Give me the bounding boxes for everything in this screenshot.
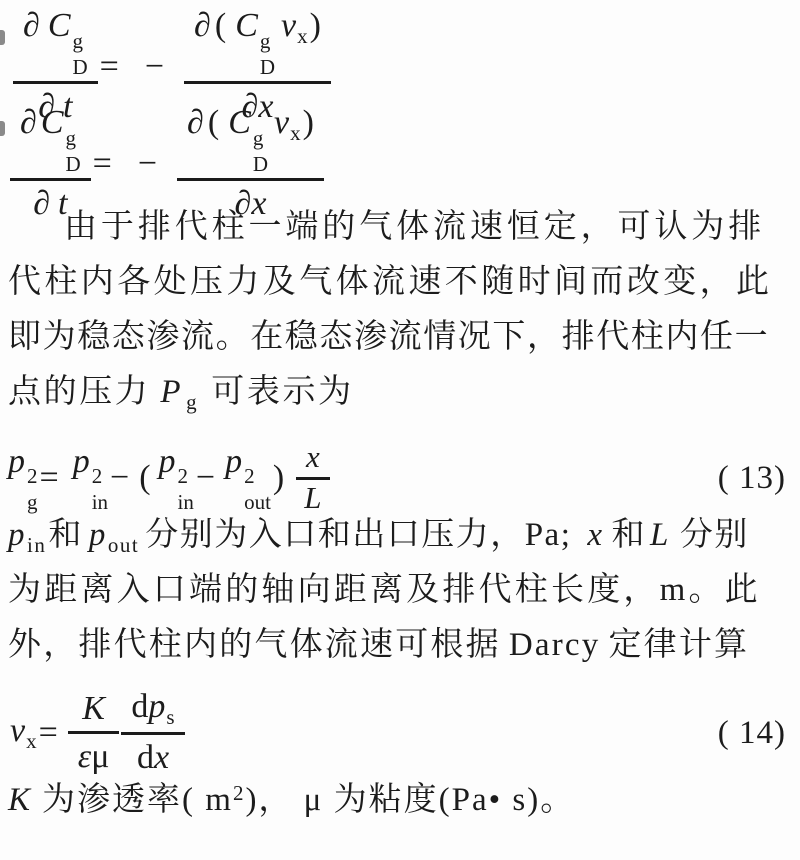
minus-sign: −: [138, 145, 157, 183]
subscript-D: D: [73, 57, 88, 78]
minus-sign: −: [145, 48, 164, 86]
sup-sub-stack: gD: [73, 31, 88, 78]
paragraph3-line1: K为渗透率( m2)， μ 为粘度(Pa• s)。: [8, 779, 794, 822]
paragraph2-line2: 为距离入口端的轴向距离及排代柱长度，m。此: [8, 569, 794, 612]
fraction-denominator: L: [296, 480, 329, 518]
term-vx: vx: [10, 712, 37, 754]
term-pin2: p2in: [73, 443, 108, 514]
fraction-numerator: ∂(CgDvx): [184, 5, 331, 81]
equals-sign: =: [100, 48, 119, 86]
subscript-in: in: [27, 533, 46, 557]
sup-sub-stack: 2in: [92, 466, 108, 513]
paragraph1-line3: 即为稳态渗流。在稳态渗流情况下，排代柱内任一: [8, 316, 794, 359]
superscript-2: 2: [233, 781, 246, 805]
paragraph2-line3: 外，排代柱内的气体流速可根据Darcy定律计算: [8, 624, 794, 667]
subscript-in: in: [178, 492, 194, 513]
close-paren: ): [310, 7, 321, 44]
var-C: C: [228, 104, 251, 141]
subscript-out: out: [244, 492, 271, 513]
superscript-g: g: [66, 128, 77, 149]
var-K: K: [8, 782, 32, 818]
subscript-D: D: [66, 154, 81, 175]
subscript-g: g: [27, 492, 38, 513]
fraction-numerator: ∂CgD: [13, 5, 98, 81]
var-v: v: [274, 104, 289, 141]
equals-sign: =: [40, 459, 59, 497]
superscript-2: 2: [92, 466, 103, 487]
sup-sub-stack: 2g: [27, 466, 38, 513]
equals-sign: =: [39, 714, 58, 752]
subscript-x: x: [290, 121, 301, 145]
var-K: K: [82, 690, 105, 727]
text-run: )， μ 为粘度(Pa• s)。: [245, 782, 575, 818]
subscript-x: x: [297, 24, 308, 48]
subscript-in: in: [92, 492, 108, 513]
equation-13-number: ( 13): [718, 460, 786, 497]
var-P: P: [160, 374, 183, 410]
var-L: L: [304, 480, 321, 515]
equals-sign: =: [93, 145, 112, 183]
paragraph1-line1: 由于排代柱一端的气体流速恒定，可认为排: [8, 206, 794, 249]
term-pout2: p2out: [225, 443, 271, 514]
cropped-glyph-fragment: [0, 30, 5, 45]
superscript-g: g: [73, 31, 84, 52]
equation-13: p2g = p2in − ( p2in − p2out ) x L ( 13): [8, 439, 786, 517]
var-p: p: [8, 517, 26, 553]
text-run: 定律计算: [608, 627, 749, 663]
var-L: L: [650, 517, 670, 553]
var-p: p: [148, 688, 165, 725]
fraction-numerator: ∂CgD: [10, 102, 91, 178]
word-darcy: Darcy: [509, 627, 601, 663]
sup-sub-stack: gD: [66, 128, 81, 175]
var-x: x: [154, 739, 169, 776]
mu-symbol: μ: [91, 738, 109, 775]
var-p: p: [8, 443, 25, 480]
sup-sub-stack: gD: [260, 31, 275, 78]
paragraph2-line1: pin和pout分别为入口和出口压力，Pa;x和L分别: [8, 514, 794, 559]
sup-sub-stack: 2out: [244, 466, 271, 513]
subscript-g: g: [186, 390, 199, 414]
var-C: C: [41, 104, 64, 141]
subscript-s: s: [166, 705, 174, 729]
var-p: p: [159, 443, 176, 480]
open-paren: (: [215, 7, 226, 44]
text-run: 分别: [680, 517, 749, 553]
equation-14: vx = K εμ dps dx ( 14): [10, 686, 786, 780]
close-paren: ): [303, 104, 314, 141]
superscript-2: 2: [178, 466, 189, 487]
text-run: 和: [48, 517, 83, 553]
var-p: p: [89, 517, 107, 553]
paragraph1-line4: 点的压力Pg可表示为: [8, 371, 794, 416]
paragraph1-line2: 代柱内各处压力及气体流速不随时间而改变，此: [8, 261, 794, 304]
text-run: 分别为入口和出口压力，Pa;: [145, 517, 571, 553]
text-run: 可表示为: [211, 374, 353, 410]
fraction-x-over-L: x L: [296, 439, 329, 517]
subscript-D: D: [260, 57, 275, 78]
superscript-2: 2: [244, 466, 255, 487]
fraction-numerator: x: [298, 439, 328, 477]
close-paren: ): [273, 459, 284, 497]
subscript-D: D: [253, 154, 268, 175]
sup-sub-stack: gD: [253, 128, 268, 175]
fraction-K-over-epsmu: K εμ: [68, 688, 120, 779]
var-p: p: [73, 443, 90, 480]
text-run: 点的压力: [8, 374, 150, 410]
superscript-2: 2: [27, 466, 38, 487]
fraction-dps-over-dx: dps dx: [121, 686, 184, 780]
open-paren: (: [208, 104, 219, 141]
differential-d: d: [131, 688, 148, 725]
text-run: 外，排代柱内的气体流速可根据: [8, 627, 501, 663]
epsilon-symbol: ε: [78, 738, 91, 775]
partial-symbol: ∂: [20, 104, 37, 141]
superscript-g: g: [253, 128, 264, 149]
partial-symbol: ∂: [23, 7, 40, 44]
minus-sign: −: [110, 459, 129, 497]
fraction-numerator: ∂(CgDvx): [177, 102, 324, 178]
partial-symbol: ∂: [187, 104, 204, 141]
partial-symbol: ∂: [194, 7, 211, 44]
minus-sign: −: [196, 459, 215, 497]
var-v: v: [10, 712, 25, 749]
fraction-denominator: εμ: [68, 734, 120, 779]
equation-14-number: ( 14): [718, 715, 786, 752]
open-paren: (: [139, 459, 150, 497]
superscript-g: g: [260, 31, 271, 52]
var-C: C: [235, 7, 258, 44]
var-x: x: [306, 439, 320, 474]
fraction-denominator: dx: [127, 735, 179, 780]
document-page: ∂CgD ∂t = − ∂(CgDvx) ∂x ∂CgD ∂t = − ∂(Cg…: [0, 0, 800, 860]
term-pg2: p2g: [8, 443, 38, 514]
subscript-x: x: [26, 729, 37, 753]
var-p: p: [225, 443, 242, 480]
var-v: v: [281, 7, 296, 44]
fraction-numerator: dps: [121, 686, 184, 732]
cropped-glyph-fragment: [0, 121, 5, 136]
sup-sub-stack: 2in: [178, 466, 194, 513]
fraction-numerator: K: [72, 688, 115, 731]
term-pin2: p2in: [159, 443, 194, 514]
var-C: C: [48, 7, 71, 44]
text-run: 和: [612, 517, 647, 553]
differential-d: d: [137, 739, 154, 776]
text-run: 为渗透率( m: [42, 782, 233, 818]
var-x: x: [587, 517, 603, 553]
subscript-out: out: [108, 533, 139, 557]
